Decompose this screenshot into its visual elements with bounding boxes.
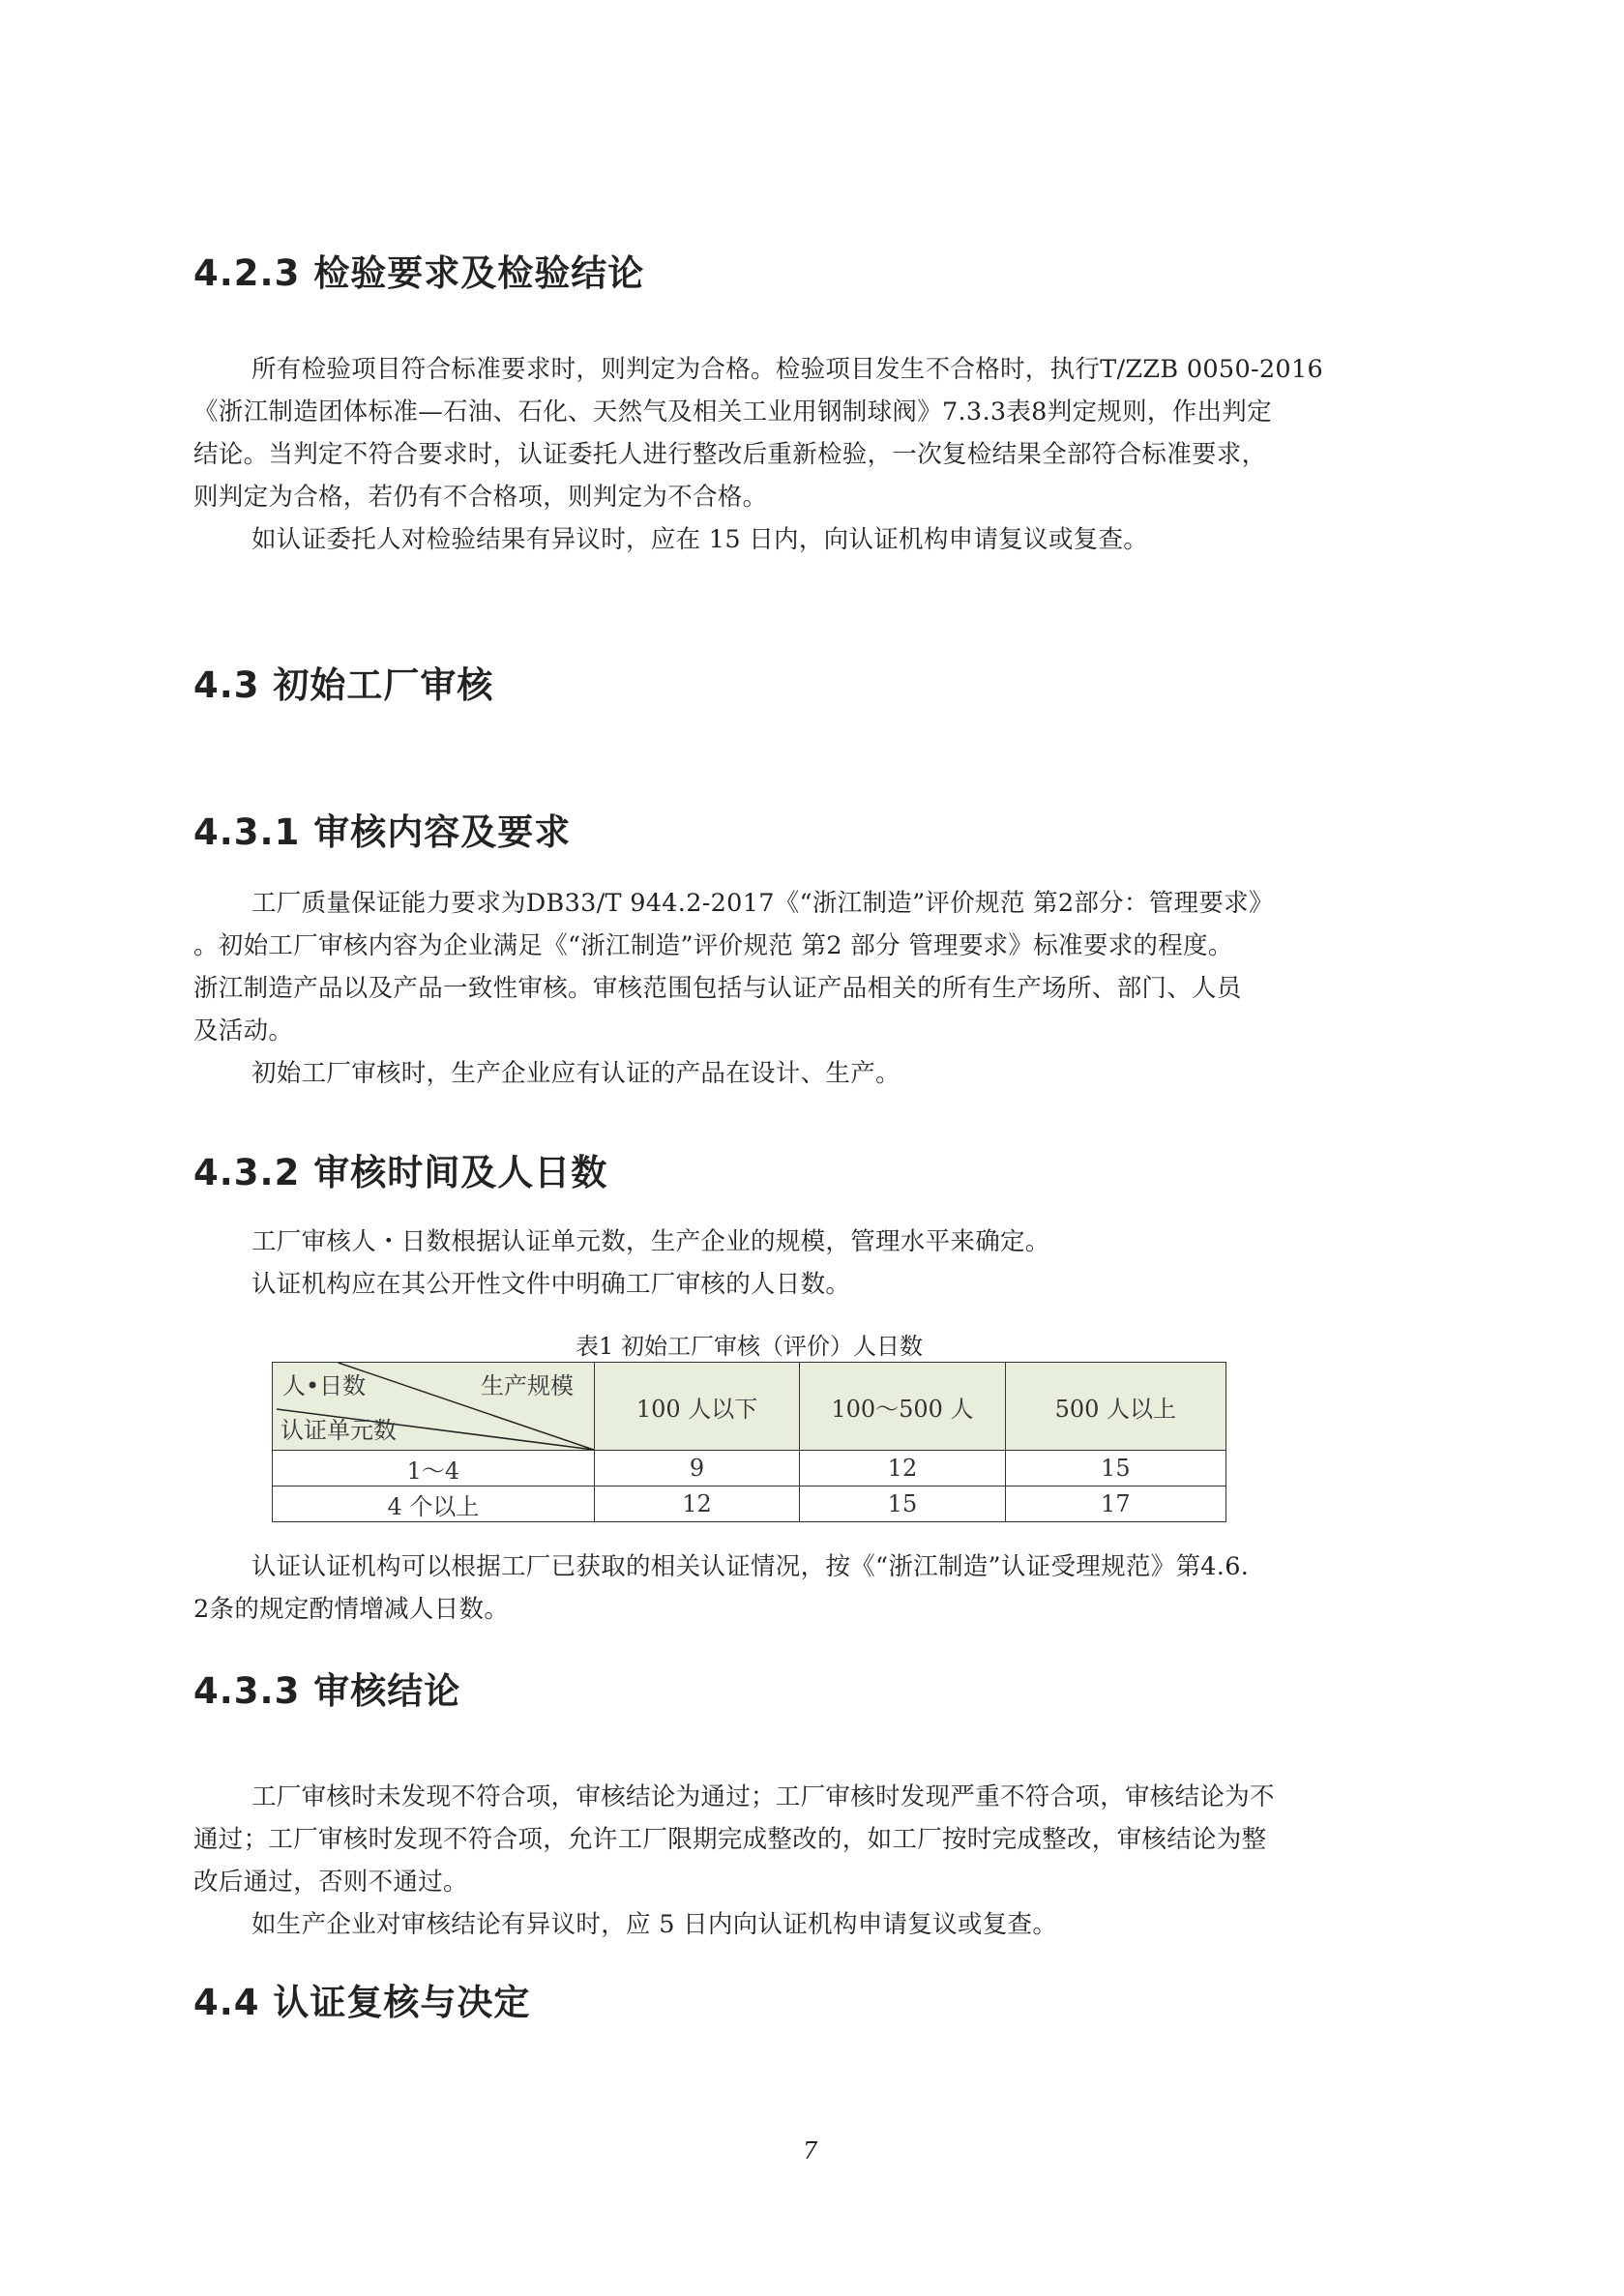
text-line: 认证机构应在其公开性文件中明确工厂审核的人日数。 — [193, 1263, 1441, 1306]
text-line: 及活动。 — [193, 1010, 1441, 1052]
table-cell: 12 — [800, 1451, 1005, 1487]
text-line: 工厂审核人・日数根据认证单元数，生产企业的规模，管理水平来确定。 — [193, 1221, 1441, 1263]
text-line: 通过；工厂审核时发现不符合项，允许工厂限期完成整改的，如工厂按时完成整改，审核结… — [193, 1818, 1441, 1861]
text-line: 《浙江制造团体标准—石油、石化、天然气及相关工业用钢制球阀》7.3.3表8判定规… — [193, 391, 1441, 433]
paragraph-adjust-days: 认证认证机构可以根据工厂已获取的相关认证情况，按《“浙江制造”认证受理规范》第4… — [193, 1545, 1441, 1631]
heading-4-3-1: 4.3.1 审核内容及要求 — [193, 803, 571, 855]
text-line: 浙江制造产品以及产品一致性审核。审核范围包括与认证产品相关的所有生产场所、部门、… — [193, 967, 1441, 1010]
table-row: 4 个以上 12 15 17 — [273, 1487, 1226, 1522]
table-caption: 表1 初始工厂审核（评价）人日数 — [272, 1327, 1226, 1361]
column-header: 100～500 人 — [800, 1363, 1005, 1451]
corner-label-person-days: 人•日数 — [282, 1367, 366, 1400]
text-line: 工厂质量保证能力要求为DB33/T 944.2-2017《“浙江制造”评价规范 … — [193, 882, 1441, 925]
text-line: 改后通过，否则不通过。 — [193, 1861, 1441, 1903]
heading-4-3-2: 4.3.2 审核时间及人日数 — [193, 1143, 607, 1195]
table-cell: 15 — [1005, 1451, 1225, 1487]
text-line: 认证认证机构可以根据工厂已获取的相关认证情况，按《“浙江制造”认证受理规范》第4… — [193, 1545, 1441, 1588]
paragraph-audit-conclusion: 工厂审核时未发现不符合项，审核结论为通过；工厂审核时发现严重不符合项，审核结论为… — [193, 1776, 1441, 1946]
heading-4-4: 4.4 认证复核与决定 — [193, 1973, 530, 2025]
table-header-row: 人•日数 生产规模 认证单元数 100 人以下 100～500 人 500 人以… — [273, 1363, 1226, 1451]
table-cell: 12 — [594, 1487, 799, 1522]
text-line: 2条的规定酌情增减人日数。 — [193, 1588, 1441, 1631]
text-line: 则判定为合格，若仍有不合格项，则判定为不合格。 — [193, 476, 1441, 518]
text-line: 如生产企业对审核结论有异议时，应 5 日内向认证机构申请复议或复查。 — [193, 1903, 1441, 1946]
corner-label-cert-units: 认证单元数 — [281, 1411, 397, 1445]
text-line: 所有检验项目符合标准要求时，则判定为合格。检验项目发生不合格时，执行T/ZZB … — [193, 348, 1441, 391]
table-cell: 15 — [800, 1487, 1005, 1522]
paragraph-inspection-judgement: 所有检验项目符合标准要求时，则判定为合格。检验项目发生不合格时，执行T/ZZB … — [193, 348, 1441, 561]
table-row: 1～4 9 12 15 — [273, 1451, 1226, 1487]
heading-4-3-3: 4.3.3 审核结论 — [193, 1662, 460, 1714]
heading-4-2-3: 4.2.3 检验要求及检验结论 — [193, 244, 644, 296]
text-line: 结论。当判定不符合要求时，认证委托人进行整改后重新检验，一次复检结果全部符合标准… — [193, 433, 1441, 476]
audit-days-table: 人•日数 生产规模 认证单元数 100 人以下 100～500 人 500 人以… — [272, 1362, 1226, 1522]
corner-label-production-scale: 生产规模 — [481, 1367, 574, 1400]
table-cell: 17 — [1005, 1487, 1225, 1522]
text-line: 。初始工厂审核内容为企业满足《“浙江制造”评价规范 第2 部分 管理要求》标准要… — [193, 925, 1441, 967]
page-number: 7 — [803, 2137, 817, 2164]
table-cell: 9 — [594, 1451, 799, 1487]
column-header: 500 人以上 — [1005, 1363, 1225, 1451]
paragraph-audit-days: 工厂审核人・日数根据认证单元数，生产企业的规模，管理水平来确定。 认证机构应在其… — [193, 1221, 1441, 1306]
table-corner-cell: 人•日数 生产规模 认证单元数 — [273, 1363, 595, 1451]
row-label: 1～4 — [273, 1451, 595, 1487]
text-line: 初始工厂审核时，生产企业应有认证的产品在设计、生产。 — [193, 1052, 1441, 1095]
row-label: 4 个以上 — [273, 1487, 595, 1522]
text-line: 如认证委托人对检验结果有异议时，应在 15 日内，向认证机构申请复议或复查。 — [193, 518, 1441, 561]
paragraph-audit-content: 工厂质量保证能力要求为DB33/T 944.2-2017《“浙江制造”评价规范 … — [193, 882, 1441, 1095]
text-line: 工厂审核时未发现不符合项，审核结论为通过；工厂审核时发现严重不符合项，审核结论为… — [193, 1776, 1441, 1818]
heading-4-3: 4.3 初始工厂审核 — [193, 656, 493, 708]
column-header: 100 人以下 — [594, 1363, 799, 1451]
